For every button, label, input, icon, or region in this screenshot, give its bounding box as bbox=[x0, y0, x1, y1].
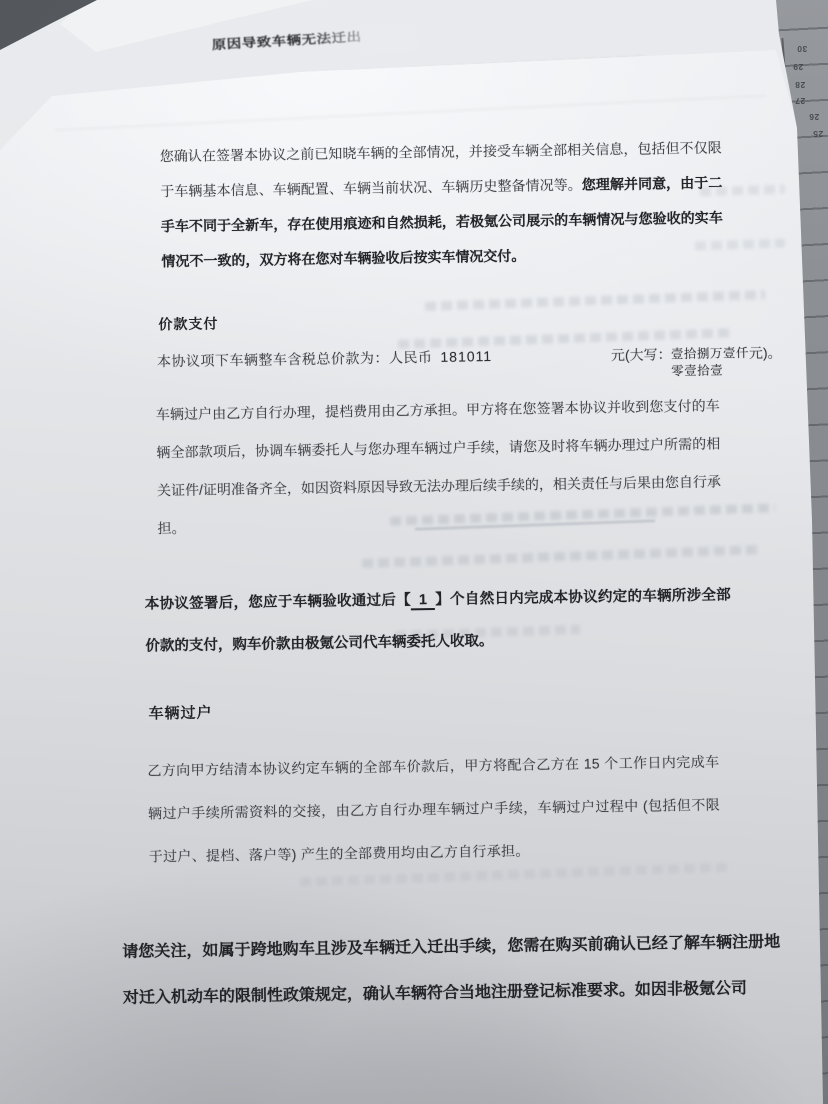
price-line-prefix: 本协议项下车辆整车含税总价款为：人民币 bbox=[157, 349, 433, 369]
price-words-line1: 壹拾捌万壹仟 bbox=[671, 346, 749, 361]
price-section-heading: 价款支付 bbox=[158, 313, 218, 334]
price-words-suffix: 元)。 bbox=[749, 342, 782, 363]
grid-number: 26 bbox=[806, 112, 822, 122]
deadline-pre-text: 本协议签署后，您应于车辆验收通过后【 bbox=[145, 592, 411, 612]
grid-number: 28 bbox=[792, 80, 808, 90]
grid-number: 25 bbox=[810, 129, 826, 139]
desk-object-corner bbox=[816, 998, 828, 1068]
transfer-section-heading: 车辆过户 bbox=[148, 701, 212, 723]
price-amount-words: 壹拾捌万壹仟零壹拾壹 bbox=[671, 345, 752, 380]
grid-number: 29 bbox=[790, 62, 806, 72]
transfer-terms-paragraph: 乙方向甲方结清本协议约定车辆的全部车价款后，甲方将配合乙方在 15 个工作日内完… bbox=[147, 741, 721, 879]
grid-number: 27 bbox=[792, 96, 808, 106]
intro-paragraph: 您确认在签署本协议之前已知晓车辆的全部情况，并接受车辆全部相关信息，包括但不仅限… bbox=[159, 130, 723, 279]
price-amount-digits: 181011 bbox=[440, 348, 492, 365]
deadline-days-value: 1 bbox=[411, 592, 435, 610]
contract-page: 您确认在签署本协议之前已知晓车辆的全部情况，并接受车辆全部相关信息，包括但不仅限… bbox=[0, 0, 828, 1104]
transfer-fee-paragraph: 车辆过户由乙方自行办理，提档费用由乙方承担。甲方将在您签署本协议并收到您支付的车… bbox=[156, 386, 722, 547]
clipped-heading-of-underlying-page: 原因导致车辆无法迁出 bbox=[211, 23, 417, 64]
contract-text-block: 您确认在签署本协议之前已知晓车辆的全部情况，并接受车辆全部相关信息，包括但不仅限… bbox=[107, 0, 792, 1104]
payment-deadline-paragraph: 本协议签署后，您应于车辆验收通过后【1】个自然日内完成本协议约定的车辆所涉全部价… bbox=[144, 574, 731, 667]
grid-number: 30 bbox=[794, 44, 810, 54]
cross-region-notice-paragraph: 请您关注，如属于跨地购车且涉及车辆迁入迁出手续，您需在购买前确认已经了解车辆注册… bbox=[122, 920, 781, 1022]
price-words-line2: 零壹拾壹 bbox=[671, 363, 723, 378]
heading-fade-overlay bbox=[211, 23, 417, 64]
photo-of-contract-document: 原因导致车辆无法迁出 您确认在签署本协议之前已知晓车辆的全部情况，并接受车辆全部… bbox=[0, 0, 828, 1104]
price-words-label: 元(大写： bbox=[611, 344, 672, 365]
